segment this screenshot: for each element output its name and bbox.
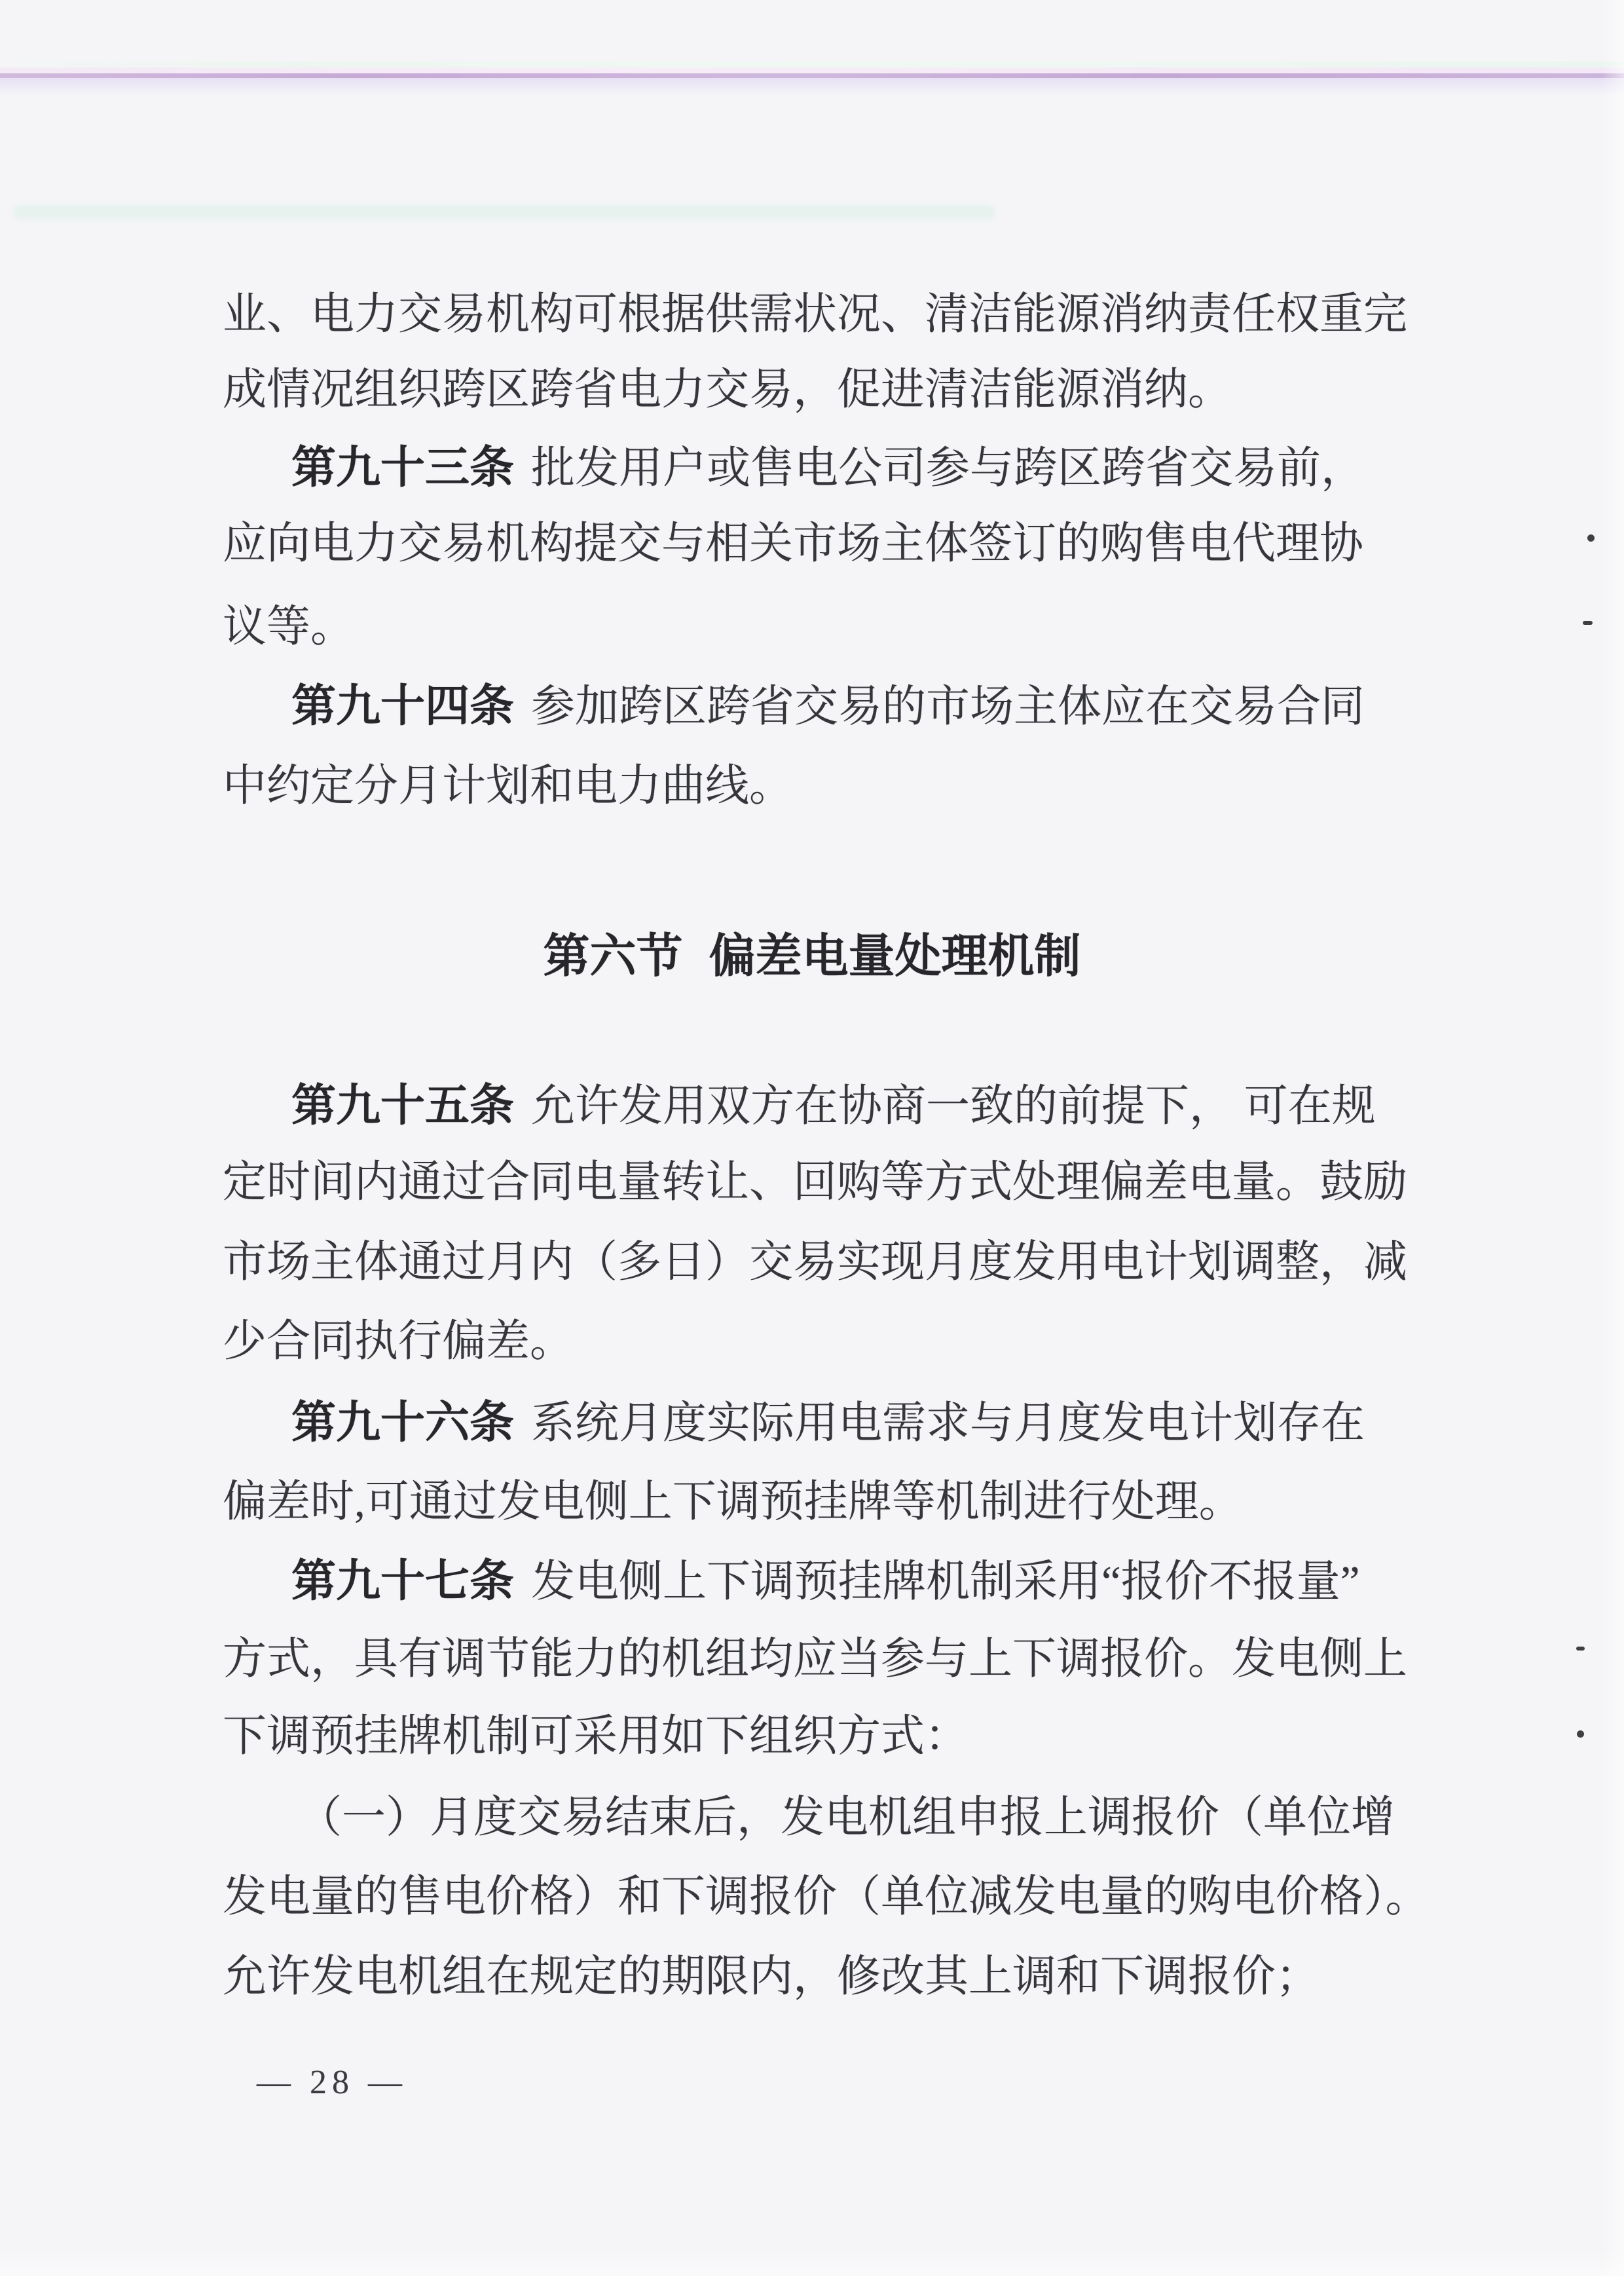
ink-speck — [1587, 534, 1595, 542]
scan-artifact-mint-streak — [0, 62, 1624, 67]
body-line-article-96: 第九十六条系统月度实际用电需求与月度发电计划存在 — [291, 1399, 1365, 1447]
section-name: 偏差电量处理机制 — [709, 931, 1081, 982]
scan-artifact-teal-band — [13, 205, 995, 219]
body-line: 偏差时,可通过发电侧上下调预挂牌等机制进行处理。 — [223, 1479, 1243, 1525]
body-line-article-93: 第九十三条批发用户或售电公司参与跨区跨省交易前， — [291, 444, 1365, 492]
body-line: 下调预挂牌机制可采用如下组织方式： — [223, 1713, 969, 1760]
scan-edge-fade-right — [1602, 0, 1624, 2276]
body-line: 允许发电机组在规定的期限内，修改其上调和下调报价； — [223, 1954, 1319, 2000]
section-label: 第六节 — [543, 931, 682, 982]
body-line: 成情况组织跨区跨省电力交易，促进清洁能源消纳。 — [223, 367, 1232, 413]
article-number: 第九十六条 — [291, 1398, 514, 1447]
body-line: 市场主体通过月内（多日）交易实现月度发用电计划调整，减 — [223, 1239, 1407, 1286]
document-page: 业、电力交易机构可根据供需状况、清洁能源消纳责任权重完 成情况组织跨区跨省电力交… — [0, 0, 1624, 2276]
article-number: 第九十四条 — [291, 681, 514, 731]
body-line: 应向电力交易机构提交与相关市场主体签订的购售电代理协 — [223, 521, 1363, 567]
body-line-item-1: （一）月度交易结束后，发电机组申报上调报价（单位增 — [298, 1795, 1395, 1841]
body-line-article-95: 第九十五条允许发用双方在协商一致的前提下， 可在规 — [291, 1082, 1376, 1130]
body-line: 方式，具有调节能力的机组均应当参与上下调报价。发电侧上 — [223, 1636, 1407, 1683]
body-line: 业、电力交易机构可根据供需状况、清洁能源消纳责任权重完 — [223, 291, 1407, 338]
scan-artifact-lavender-wash — [0, 78, 1624, 96]
scan-artifact-pink-strip — [0, 67, 1624, 73]
body-line: 议等。 — [223, 604, 354, 650]
page-number: — 28 — — [257, 2063, 407, 2102]
body-line: 少合同执行偏差。 — [223, 1318, 574, 1365]
ink-speck — [1577, 1730, 1584, 1738]
scan-edge-fade-bottom — [0, 2248, 1624, 2276]
section-title: 第六节偏差电量处理机制 — [0, 919, 1624, 986]
ink-speck — [1576, 1647, 1585, 1651]
scan-artifact-purple-line — [0, 73, 1624, 78]
ink-speck — [1583, 621, 1593, 625]
body-line: 发电量的售电价格）和下调报价（单位减发电量的购电价格）。 — [223, 1874, 1430, 1920]
article-number: 第九十七条 — [291, 1556, 514, 1606]
article-number: 第九十五条 — [291, 1081, 514, 1130]
body-line: 中约定分月计划和电力曲线。 — [223, 763, 793, 810]
body-line: 定时间内通过合同电量转让、回购等方式处理偏差电量。鼓励 — [223, 1159, 1407, 1206]
article-number: 第九十三条 — [291, 443, 514, 493]
body-line-article-94: 第九十四条参加跨区跨省交易的市场主体应在交易合同 — [291, 682, 1365, 730]
body-line-article-97: 第九十七条发电侧上下调预挂牌机制采用“报价不报量” — [291, 1558, 1360, 1605]
